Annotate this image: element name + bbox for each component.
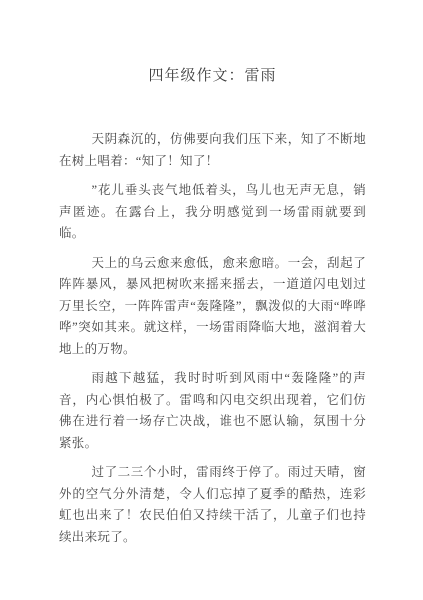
- essay-paragraph: 雨越下越猛，我时时听到风雨中“轰隆隆”的声音，内心惧怕极了。雷鸣和闪电交织出现着…: [59, 368, 366, 454]
- essay-title: 四年级作文：雷雨: [59, 64, 366, 85]
- essay-body: 天阴森沉的，仿佛要向我们压下来，知了不断地在树上唱着：“知了！知了！ ”花儿垂头…: [59, 129, 366, 548]
- essay-paragraph: 天上的乌云愈来愈低，愈来愈暗。一会，刮起了阵阵暴风，暴风把树吹来摇来摇去，一道道…: [59, 253, 366, 361]
- essay-paragraph: 天阴森沉的，仿佛要向我们压下来，知了不断地在树上唱着：“知了！知了！: [59, 129, 366, 172]
- essay-paragraph: ”花儿垂头丧气地低着头，鸟儿也无声无息，销声匿迹。在露台上，我分明感觉到一场雷雨…: [59, 180, 366, 245]
- essay-paragraph: 过了二三个小时，雷雨终于停了。雨过天晴，窗外的空气分外清楚，令人们忘掉了夏季的酷…: [59, 462, 366, 548]
- document-page: 四年级作文：雷雨 天阴森沉的，仿佛要向我们压下来，知了不断地在树上唱着：“知了！…: [0, 0, 423, 600]
